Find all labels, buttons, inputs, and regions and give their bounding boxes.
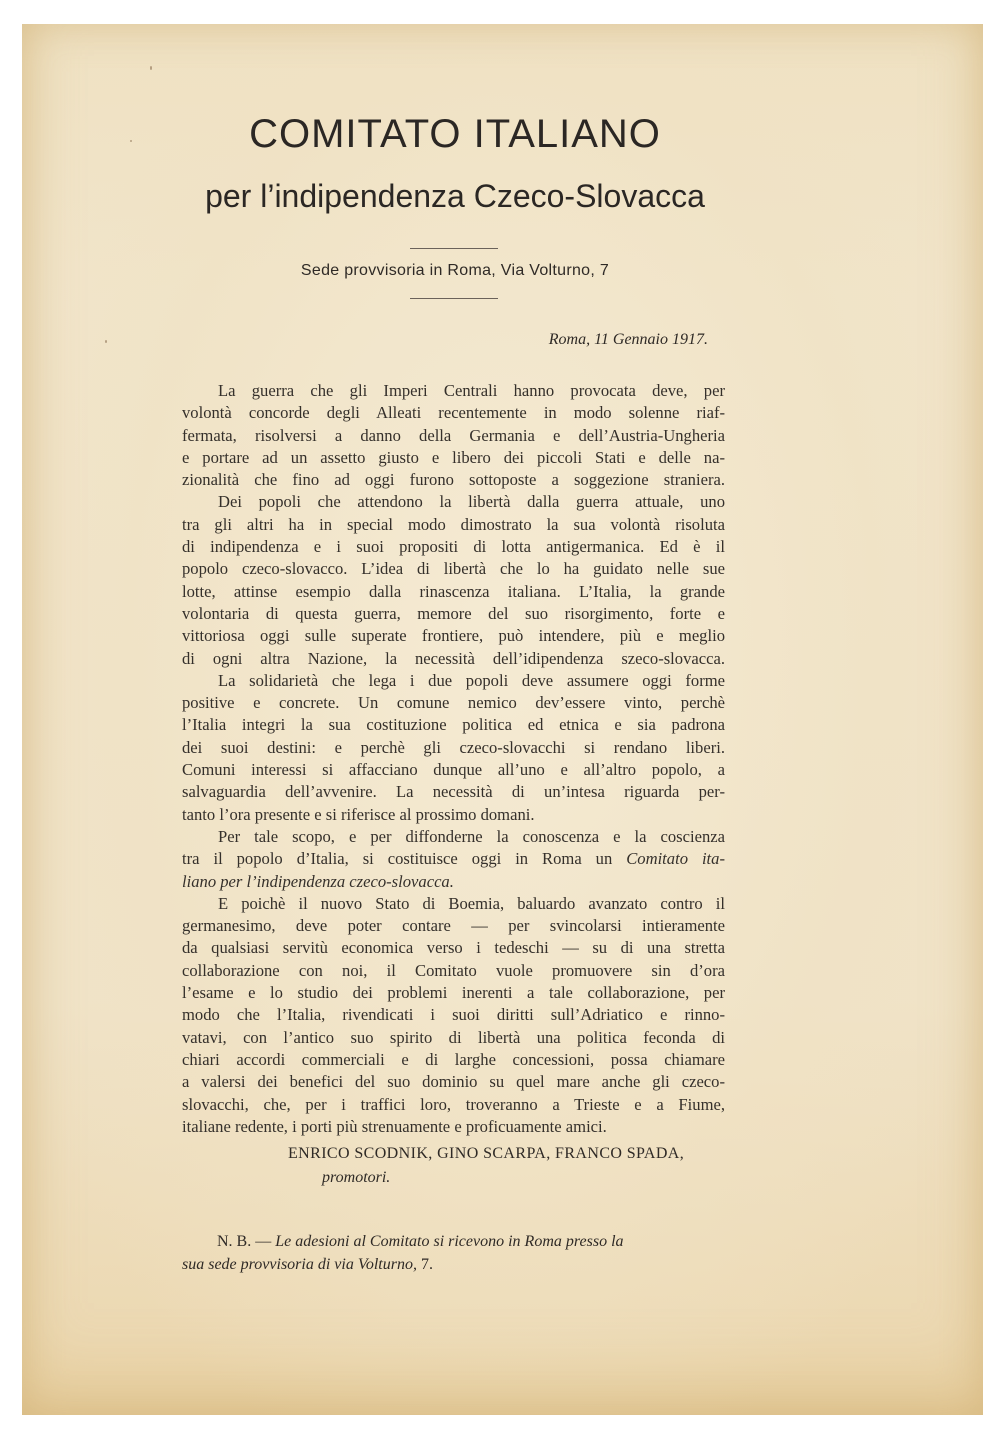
text-line-start: tra il popolo d’Italia, si costituisce o… (182, 849, 612, 868)
signatories-role: promotori. (322, 1169, 390, 1187)
text-line: vatavi, con l’antico suo spirito di libe… (182, 1027, 725, 1049)
text-line: E poichè il nuovo Stato di Boemia, balua… (182, 893, 725, 915)
committee-name-italic: Comitato ita- (626, 849, 725, 868)
dateline: Roma, 11 Gennaio 1917. (549, 331, 708, 349)
document-title: COMITATO ITALIANO (0, 112, 910, 157)
text-line: chiari accordi commerciali e di larghe c… (182, 1049, 725, 1071)
text-line: La guerra che gli Imperi Centrali hanno … (182, 380, 725, 402)
text-line: slovacchi, che, per i traffici loro, tro… (182, 1094, 725, 1116)
text-line: La solidarietà che lega i due popoli dev… (182, 670, 725, 692)
nota-bene-text: Le adesioni al Comitato si ricevono in R… (275, 1233, 623, 1250)
document: COMITATO ITALIANO per l’indipendenza Cze… (0, 0, 1000, 1449)
text-line: di ogni altra Nazione, la necessità dell… (182, 648, 725, 670)
paper-speck (105, 340, 107, 343)
text-line: modo che l’Italia, rivendicati i suoi di… (182, 1004, 725, 1026)
text-line: fermata, risolversi a danno della German… (182, 425, 725, 447)
text-line: tra il popolo d’Italia, si costituisce o… (182, 848, 725, 870)
text-line: Comuni interessi si affacciano dunque al… (182, 759, 725, 781)
text-line: dei suoi destini: e perchè gli czeco-slo… (182, 737, 725, 759)
nota-bene: N. B. — Le adesioni al Comitato si ricev… (182, 1230, 725, 1276)
text-line: da qualsiasi servitù economica verso i t… (182, 937, 725, 959)
nota-bene-prefix: N. B. — (217, 1233, 271, 1250)
text-line: germanesimo, deve poter contare — per sv… (182, 915, 725, 937)
text-line: tra gli altri ha in special modo dimostr… (182, 514, 725, 536)
text-line: Dei popoli che attendono la libertà dall… (182, 491, 725, 513)
text-line: salvaguardia dell’avvenire. La necessità… (182, 781, 725, 803)
text-line: l’esame e lo studio dei problemi inerent… (182, 982, 725, 1004)
text-line: volontà concorde degli Alleati recenteme… (182, 402, 725, 424)
text-line: collaborazione con noi, il Comitato vuol… (182, 960, 725, 982)
nota-bene-text-cont: sua sede provvisoria di via Volturno, (182, 1256, 417, 1273)
committee-name-italic-cont: liano per l’indipendenza czeco-slovacca. (182, 872, 454, 891)
signatories: ENRICO SCODNIK, GINO SCARPA, FRANCO SPAD… (288, 1145, 684, 1163)
text-line: a valersi dei benefici del suo dominio s… (182, 1071, 725, 1093)
divider-bottom (410, 298, 498, 299)
text-line: Per tale scopo, e per diffonderne la con… (182, 826, 725, 848)
text-line: lotte, attinse esempio dalla rinascenza … (182, 581, 725, 603)
body-text: La guerra che gli Imperi Centrali hanno … (182, 380, 725, 1138)
text-line: zionalità che fino ad oggi furono sottop… (182, 469, 725, 491)
seat-address: Sede provvisoria in Roma, Via Volturno, … (0, 262, 910, 280)
nota-bene-line-2: sua sede provvisoria di via Volturno, 7. (182, 1253, 725, 1276)
document-subtitle: per l’indipendenza Czeco-Slovacca (0, 178, 910, 215)
text-line: popolo czeco-slovacco. L’idea di libertà… (182, 558, 725, 580)
paper-speck (130, 140, 132, 142)
text-line: vittoriosa oggi sulle superate frontiere… (182, 625, 725, 647)
text-line: di indipendenza e i suoi propositi di lo… (182, 536, 725, 558)
paragraph-2: Dei popoli che attendono la libertà dall… (182, 491, 725, 669)
paragraph-4: Per tale scopo, e per diffonderne la con… (182, 826, 725, 893)
paragraph-1: La guerra che gli Imperi Centrali hanno … (182, 380, 725, 491)
text-line: l’Italia integri la sua costituzione pol… (182, 714, 725, 736)
divider-top (410, 248, 498, 249)
paragraph-5: E poichè il nuovo Stato di Boemia, balua… (182, 893, 725, 1138)
text-line: e portare ad un assetto giusto e libero … (182, 447, 725, 469)
nota-bene-line-1: N. B. — Le adesioni al Comitato si ricev… (182, 1230, 725, 1253)
text-line: italiane redente, i porti più strenuamen… (182, 1116, 725, 1138)
paper-speck (150, 66, 152, 70)
nota-bene-number: 7. (417, 1256, 433, 1273)
text-line: liano per l’indipendenza czeco-slovacca. (182, 871, 725, 893)
paragraph-3: La solidarietà che lega i due popoli dev… (182, 670, 725, 826)
text-line: volontaria di questa guerra, memore del … (182, 603, 725, 625)
text-line: positive e concrete. Un comune nemico de… (182, 692, 725, 714)
text-line: tanto l’ora presente e si riferisce al p… (182, 804, 725, 826)
